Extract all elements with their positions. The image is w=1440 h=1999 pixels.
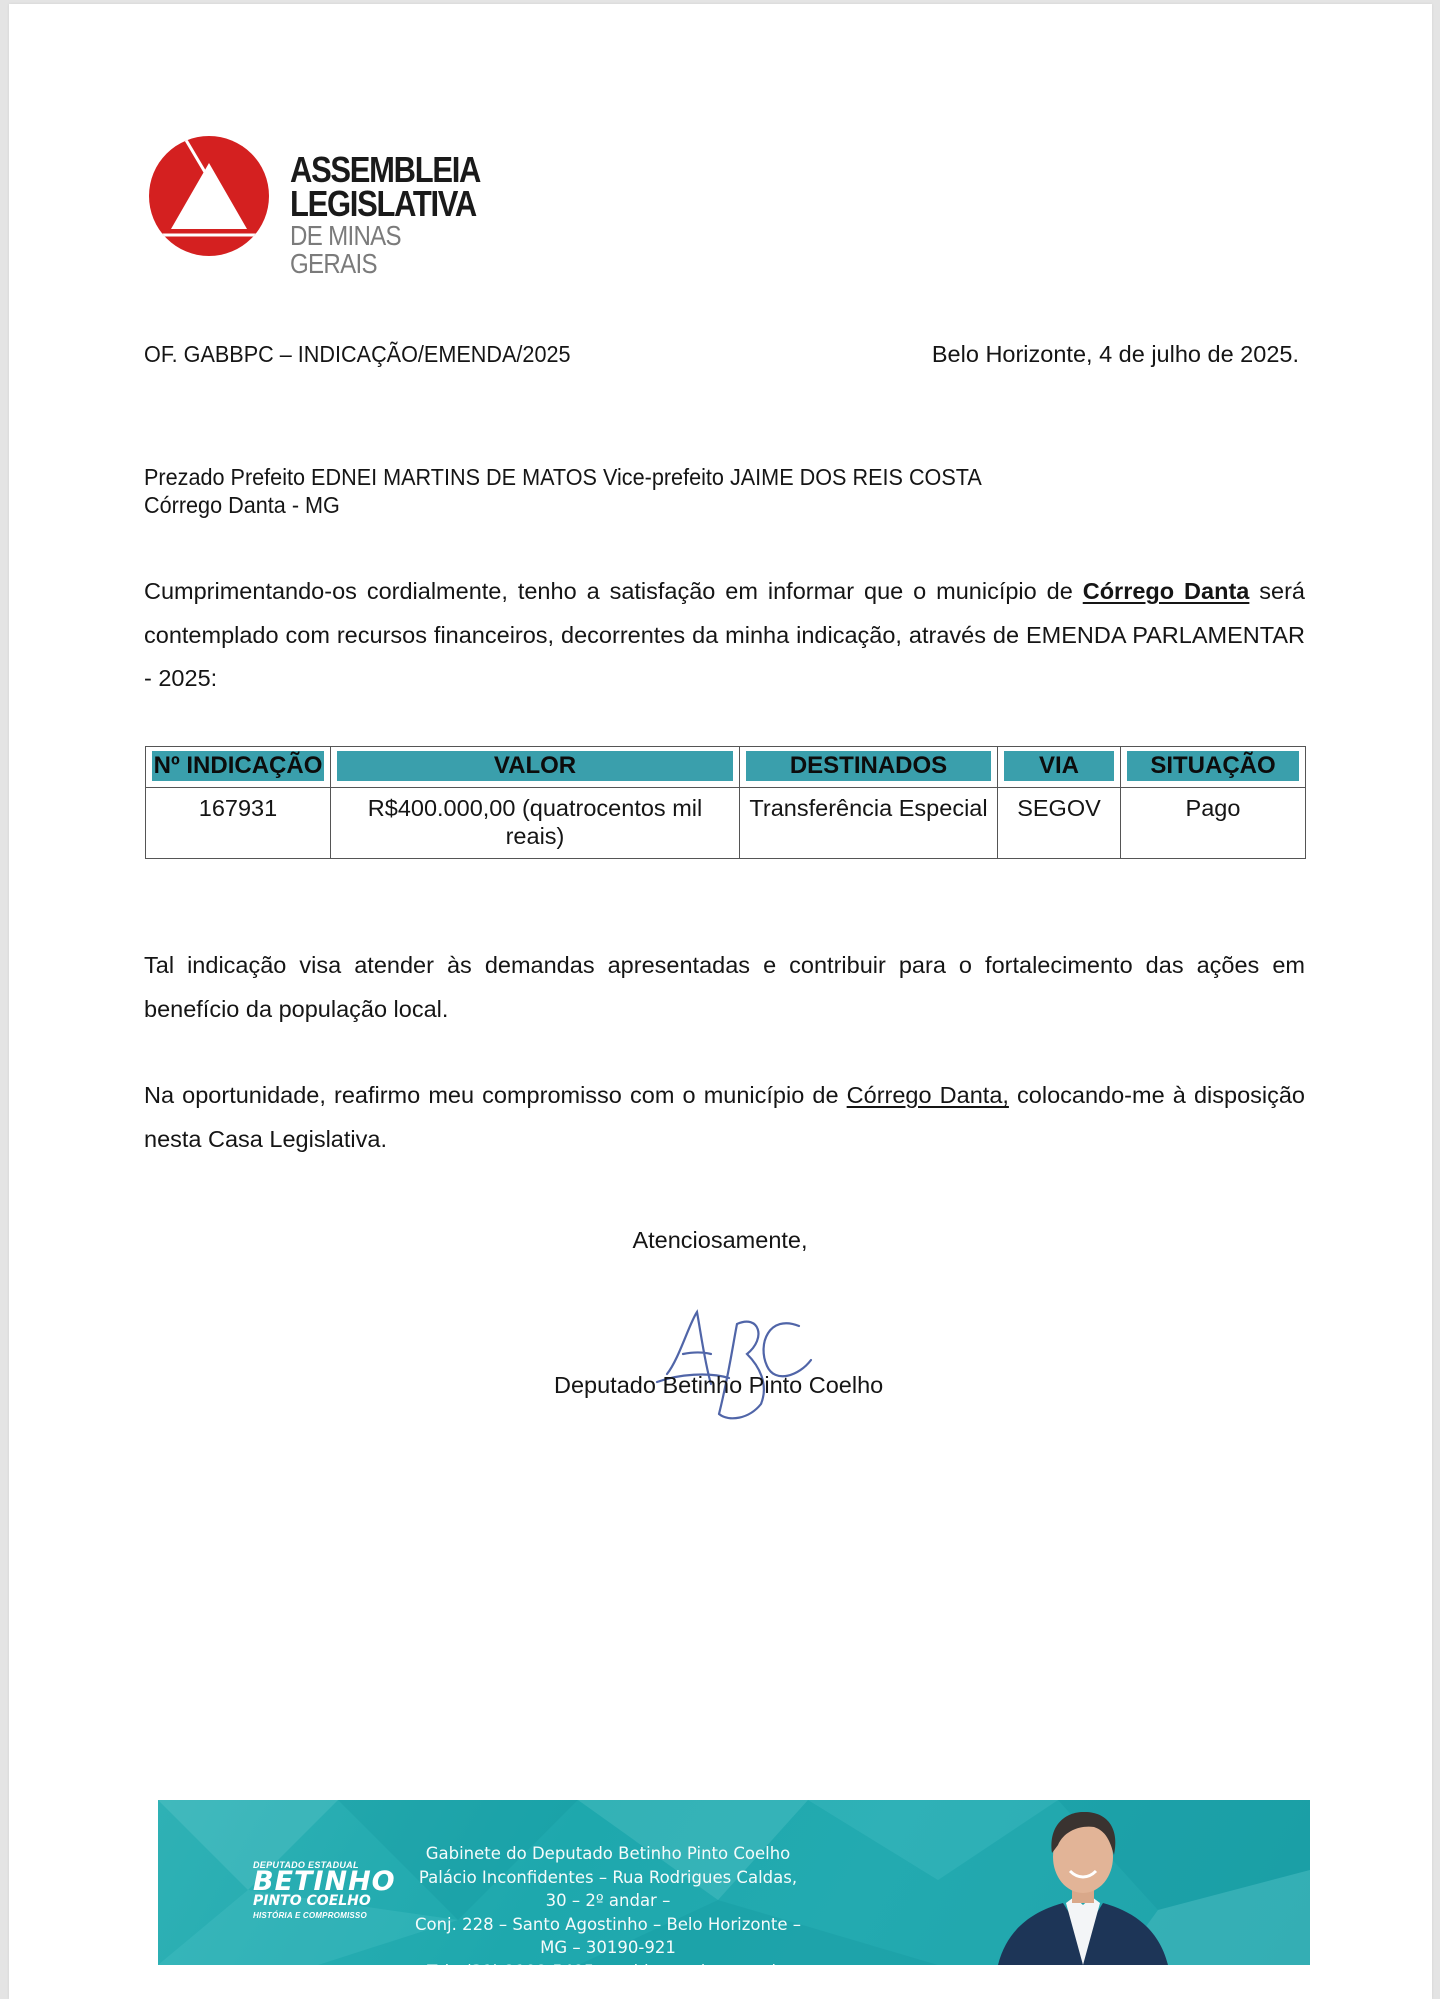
col-header-valor: VALOR xyxy=(331,747,740,788)
salutation: Atenciosamente, xyxy=(0,1229,1440,1253)
signatory-name: Deputado Betinho Pinto Coelho xyxy=(554,1374,883,1398)
almg-logo: ASSEMBLEIA LEGISLATIVA DE MINAS GERAIS xyxy=(143,135,503,257)
office-name: Gabinete do Deputado Betinho Pinto Coelh… xyxy=(408,1842,808,1866)
recipient-names: Prezado Prefeito EDNEI MARTINS DE MATOS … xyxy=(144,463,982,491)
place-date: Belo Horizonte, 4 de julho de 2025. xyxy=(932,343,1299,367)
recipient-block: Prezado Prefeito EDNEI MARTINS DE MATOS … xyxy=(144,463,982,519)
brand-slogan: HISTÓRIA E COMPROMISSO xyxy=(253,1911,396,1920)
col-header-destinados: DESTINADOS xyxy=(740,747,998,788)
address-line-2: Conj. 228 – Santo Agostinho – Belo Horiz… xyxy=(408,1913,808,1960)
almg-emblem-icon xyxy=(143,135,277,257)
office-reference: OF. GABBPC – INDICAÇÃO/EMENDA/2025 xyxy=(144,343,571,367)
municipality-name-2: Córrego Danta, xyxy=(847,1082,1009,1108)
document-page: ASSEMBLEIA LEGISLATIVA DE MINAS GERAIS O… xyxy=(9,4,1432,1999)
municipality-name: Córrego Danta xyxy=(1083,578,1250,604)
purpose-paragraph: Tal indicação visa atender às demandas a… xyxy=(144,944,1305,1031)
recipient-city: Córrego Danta - MG xyxy=(144,491,982,519)
commitment-text-start: Na oportunidade, reafirmo meu compromiss… xyxy=(144,1082,847,1108)
table-header-row: Nº INDICAÇÃO VALOR DESTINADOS VIA SITUAÇ… xyxy=(146,747,1306,788)
cell-indicacao: 167931 xyxy=(146,788,331,859)
logo-line-1: ASSEMBLEIA xyxy=(290,152,480,186)
col-header-indicacao: Nº INDICAÇÃO xyxy=(146,747,331,788)
commitment-paragraph: Na oportunidade, reafirmo meu compromiss… xyxy=(144,1074,1305,1161)
intro-text-start: Cumprimentando-os cordialmente, tenho a … xyxy=(144,578,1083,604)
col-header-via: VIA xyxy=(998,747,1121,788)
col-header-situacao: SITUAÇÃO xyxy=(1121,747,1306,788)
deputy-portrait-icon xyxy=(988,1805,1178,1965)
contact-block: Gabinete do Deputado Betinho Pinto Coelh… xyxy=(408,1842,808,1965)
cell-via: SEGOV xyxy=(998,788,1121,859)
phone-email: Tel.: (31) 2108-5495 – gabbpc@almg.gov.b… xyxy=(408,1960,808,1966)
cell-situacao: Pago xyxy=(1121,788,1306,859)
footer-banner: DEPUTADO ESTADUAL BETINHO PINTO COELHO H… xyxy=(158,1800,1310,1965)
logo-line-2: LEGISLATIVA xyxy=(290,186,480,220)
brand-name-1: BETINHO xyxy=(253,1870,396,1894)
deputy-brand-logo: DEPUTADO ESTADUAL BETINHO PINTO COELHO H… xyxy=(253,1860,396,1920)
signature-icon xyxy=(649,1304,829,1424)
amendment-table: Nº INDICAÇÃO VALOR DESTINADOS VIA SITUAÇ… xyxy=(145,746,1306,859)
table-row: 167931 R$400.000,00 (quatrocentos mil re… xyxy=(146,788,1306,859)
intro-paragraph: Cumprimentando-os cordialmente, tenho a … xyxy=(144,570,1305,701)
cell-valor: R$400.000,00 (quatrocentos mil reais) xyxy=(331,788,740,859)
address-line-1: Palácio Inconfidentes – Rua Rodrigues Ca… xyxy=(408,1866,808,1913)
cell-destinados: Transferência Especial xyxy=(740,788,998,859)
logo-line-3: DE MINAS GERAIS xyxy=(290,222,480,278)
